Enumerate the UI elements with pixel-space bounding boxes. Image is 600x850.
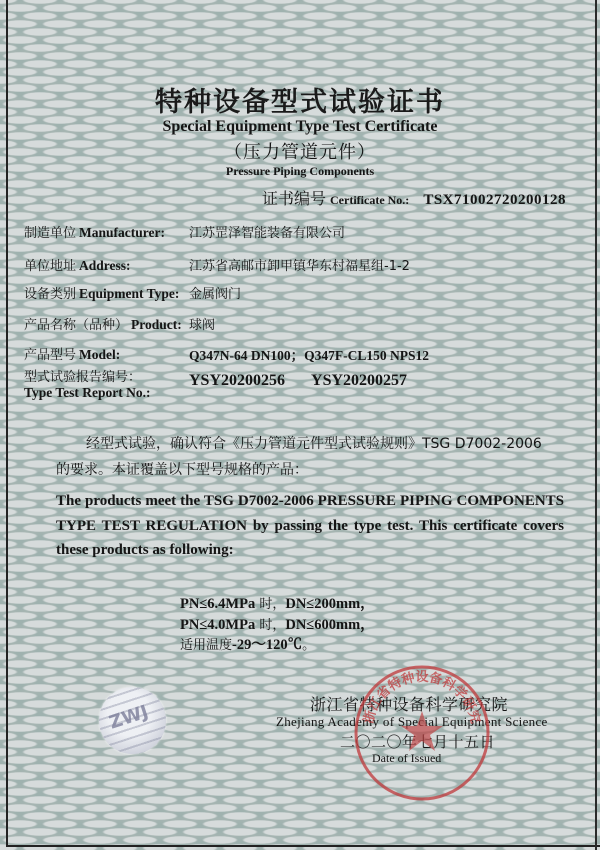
certificate-title-en: Special Equipment Type Test Certificate xyxy=(0,118,600,136)
manufacturer-label-cn: 制造单位 xyxy=(24,226,76,241)
seal-star-icon xyxy=(401,711,443,751)
manufacturer-value: 江苏罡泽智能装备有限公司 xyxy=(189,222,345,241)
type-test-report-label-cn: 型式试验报告编号： xyxy=(24,366,141,385)
model-label-cn: 产品型号 xyxy=(24,348,76,363)
equipment-type-label-en: Equipment Type: xyxy=(79,286,179,301)
product-value: 球阀 xyxy=(189,314,215,333)
type-test-report-label-en: Type Test Report No.: xyxy=(21,385,151,401)
spec-line-2: PN≤4.0MPa 时，DN≤600mm， xyxy=(180,613,375,634)
spec-1-connector: 时， xyxy=(255,597,285,612)
address-value: 江苏省高邮市卸甲镇华东村福星组-1-2 xyxy=(189,255,410,274)
spec-2-connector: 时， xyxy=(255,618,285,633)
manufacturer-label-en: Manufacturer: xyxy=(79,225,165,240)
statement-cn-line-2: 的要求。本证覆盖以下型号规格的产品： xyxy=(56,459,308,479)
type-test-report-no-2: YSY20200257 xyxy=(311,372,407,389)
hologram-sticker: ZWJ xyxy=(99,687,166,754)
certificate-title-cn: 特种设备型式试验证书 xyxy=(0,80,600,119)
address-label-en: Address: xyxy=(79,258,131,273)
spec-line-1: PN≤6.4MPa 时，DN≤200mm， xyxy=(180,592,375,613)
type-test-report-no-1: YSY20200256 xyxy=(189,372,285,389)
statement-en: The products meet the TSG D7002-2006 PRE… xyxy=(56,489,564,563)
address-label: 单位地址Address: xyxy=(24,255,131,274)
certificate-subtitle-en: Pressure Piping Components xyxy=(0,164,600,179)
frame-border-bottom xyxy=(6,845,600,847)
spec-line-3: 适用温度-29～120℃。 xyxy=(180,633,315,654)
manufacturer-label: 制造单位Manufacturer: xyxy=(24,222,165,241)
spec-3-temperature: -29～120℃ xyxy=(232,637,302,653)
product-label: 产品名称（品种）Product: xyxy=(24,314,182,333)
address-label-cn: 单位地址 xyxy=(24,259,76,274)
certificate-number-row: 证书编号Certificate No.:TSX71002720200128 xyxy=(262,186,566,209)
product-label-en: Product: xyxy=(131,317,182,332)
spec-2-diameter: DN≤600mm， xyxy=(285,617,374,633)
equipment-type-value: 金属阀门 xyxy=(189,283,241,302)
model-value: Q347N-64 DN100；Q347F-CL150 NPS12 xyxy=(189,344,429,364)
model-label: 产品型号Model: xyxy=(24,344,120,363)
model-label-en: Model: xyxy=(79,347,120,362)
equipment-type-label-cn: 设备类别 xyxy=(24,287,76,302)
type-test-report-label-en-text: Type Test Report No.: xyxy=(24,385,151,400)
spec-1-diameter: DN≤200mm， xyxy=(285,596,374,612)
type-test-report-label-cn-text: 型式试验报告编号： xyxy=(24,370,141,385)
certificate-number-label-en: Certificate No.: xyxy=(330,193,409,207)
equipment-type-label: 设备类别Equipment Type: xyxy=(24,283,179,302)
official-seal-stamp: 浙江省特种设备科学研究 xyxy=(352,663,492,803)
statement-cn-line-1: 经型式试验，确认符合《压力管道元件型式试验规则》TSG D7002-2006 xyxy=(86,433,542,453)
spec-1-pressure: PN≤6.4MPa xyxy=(180,596,255,612)
certificate-number-label-cn: 证书编号 xyxy=(262,189,326,208)
spec-2-pressure: PN≤4.0MPa xyxy=(180,617,255,633)
spec-3-label: 适用温度 xyxy=(180,638,232,653)
certificate-subtitle-cn: （压力管道元件） xyxy=(0,138,600,164)
certificate-number-value: TSX71002720200128 xyxy=(423,192,566,208)
type-test-report-values: YSY20200256YSY20200257 xyxy=(189,372,407,390)
spec-3-end: 。 xyxy=(302,638,315,653)
product-label-cn: 产品名称（品种） xyxy=(24,318,128,333)
